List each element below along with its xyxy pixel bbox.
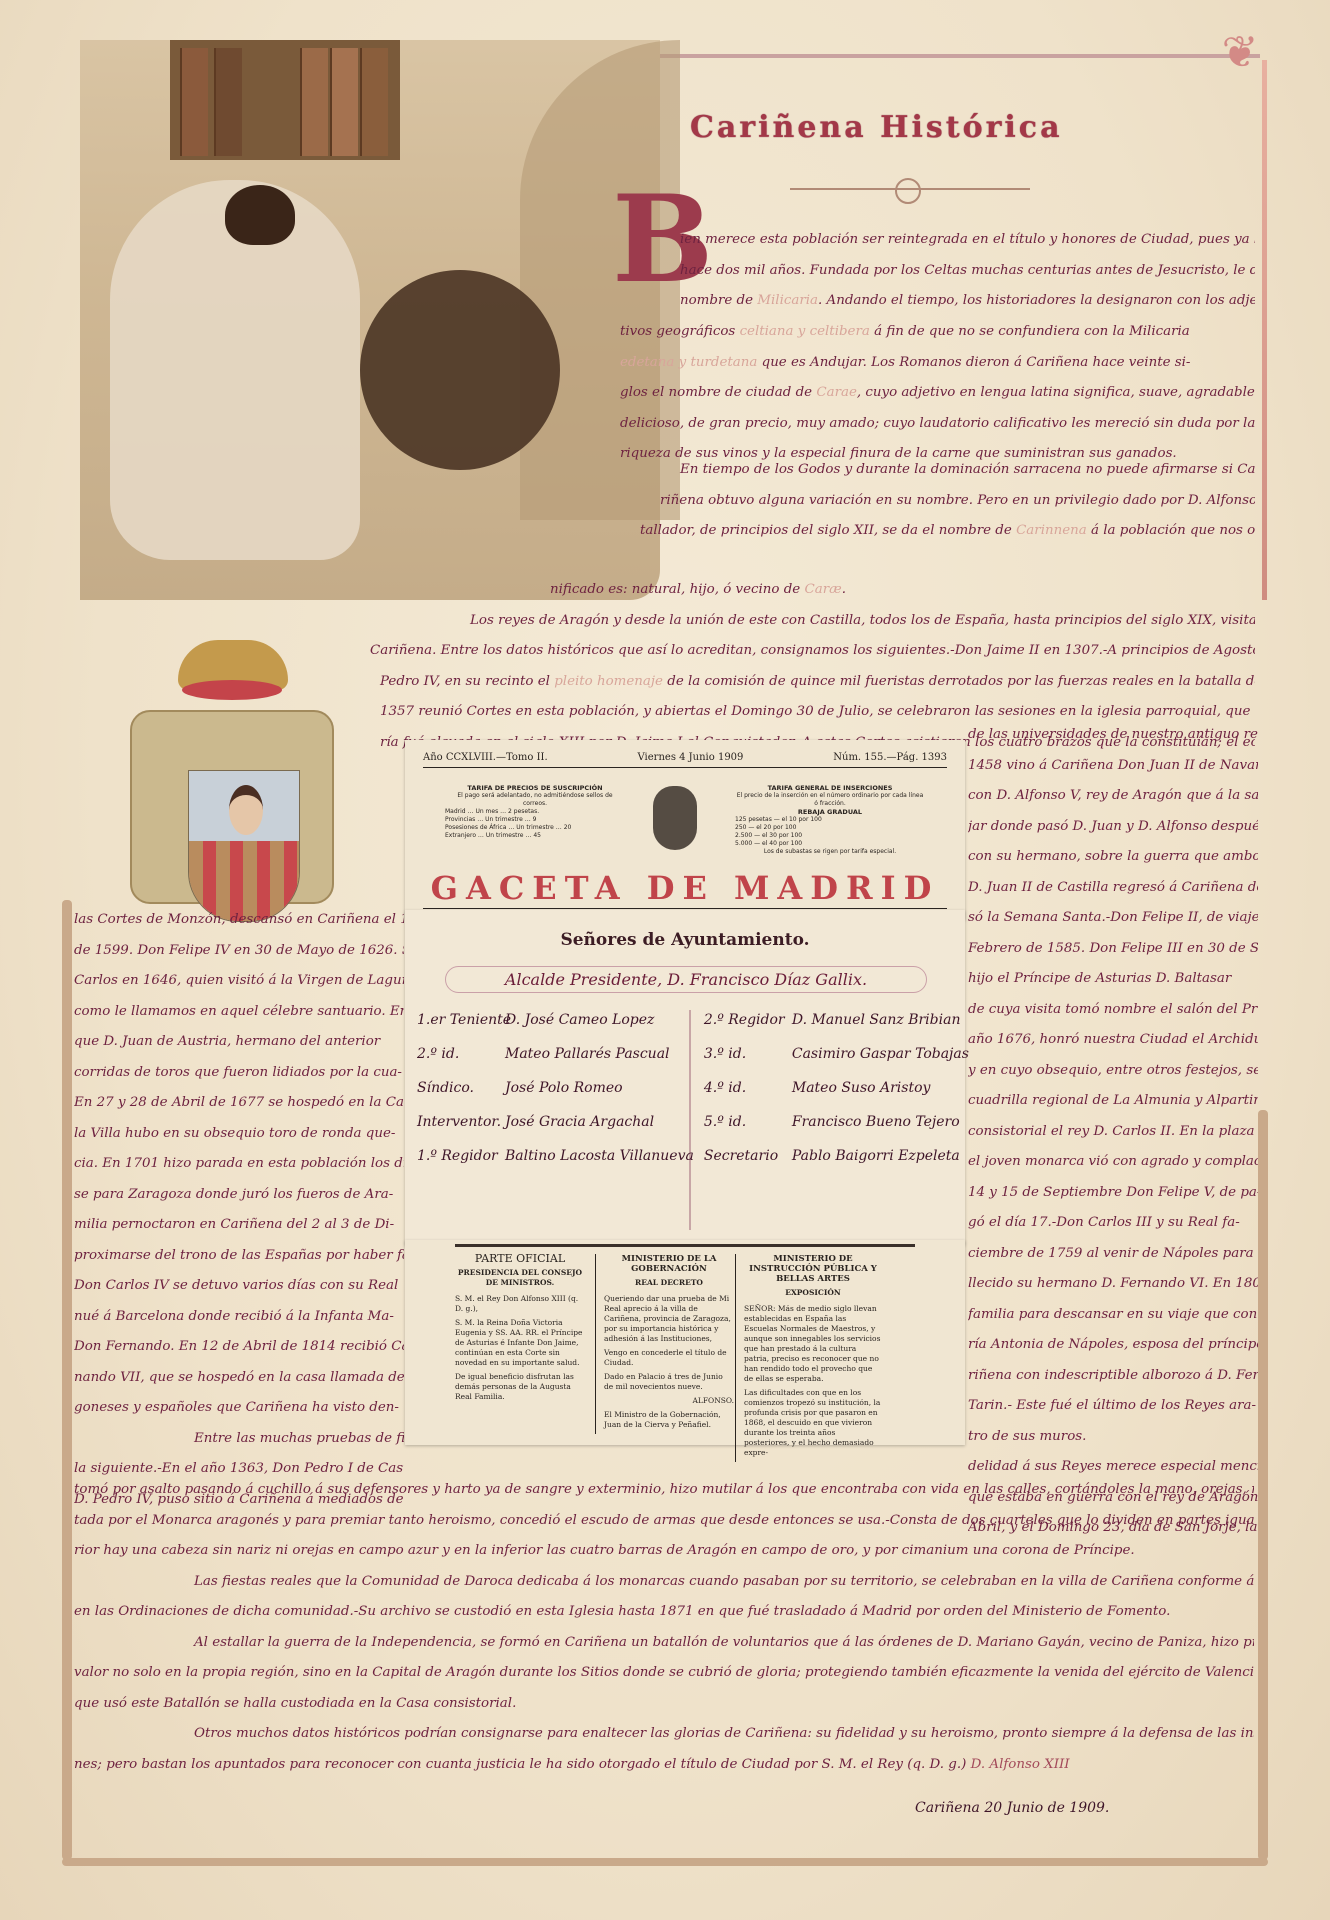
parte-oficial-clipping: PARTE OFICIAL PRESIDENCIA DEL CONSEJO DE… <box>405 1240 965 1445</box>
text-line: nombre de Milicaria. Andando el tiempo, … <box>680 286 1255 317</box>
date-line: Cariñena 20 Junio de 1909. <box>915 1800 1109 1816</box>
gaceta-year: Año CCXLVIII.—Tomo II. <box>423 752 548 763</box>
council-member: Interventor.José Gracia Argachal <box>417 1114 694 1130</box>
shield <box>188 770 300 922</box>
council-member: SecretarioPablo Baigorri Ezpeleta <box>704 1148 969 1164</box>
gaceta-masthead: GACETA DE MADRID <box>423 868 947 909</box>
document-title: Cariñena Histórica <box>690 110 1063 145</box>
text-line: edetana y turdetana que es Andujar. Los … <box>620 348 1255 379</box>
ribbon-bow-icon: ❦ <box>1210 28 1270 78</box>
flourish-ornament-icon <box>895 178 921 204</box>
text-line: Cariñena. Entre los datos históricos que… <box>370 636 1255 667</box>
council-member: 1.er TenienteD. José Cameo Lopez <box>417 1012 694 1028</box>
book-icon <box>214 48 242 156</box>
council-member: 5.º id.Francisco Bueno Tejero <box>704 1114 969 1130</box>
book-icon <box>360 48 388 156</box>
council-members: 1.er TenienteD. José Cameo Lopez 2.º Reg… <box>417 1012 957 1164</box>
book-icon <box>180 48 208 156</box>
text-line: riñena obtuvo alguna variación en su nom… <box>600 486 1255 517</box>
bottom-border <box>62 1858 1268 1866</box>
text-line: nes; pero bastan los apuntados para reco… <box>74 1750 1254 1781</box>
paragraph-1-cont: tivos geográficos celtiana y celtibera á… <box>620 317 1255 470</box>
ribbon-border <box>1262 60 1267 600</box>
royal-arms-icon <box>653 786 697 850</box>
text-line: glos el nombre de ciudad de Carae, cuyo … <box>620 378 1255 409</box>
ayuntamiento-heading: Señores de Ayuntamiento. <box>405 930 965 950</box>
book-icon <box>300 48 328 156</box>
right-border <box>1258 1110 1268 1860</box>
text-line: delicioso, de gran precio, muy amado; cu… <box>620 409 1255 440</box>
right-column-text: de las universidades de nuestro antiguo … <box>968 720 1258 1544</box>
text-line: Los reyes de Aragón y desde la unión de … <box>370 606 1255 637</box>
tarifa-suscripcion: TARIFA DE PRECIOS DE SUSCRIPCIÓN El pago… <box>445 784 625 840</box>
clipping-rule <box>455 1244 915 1247</box>
alcalde-line: Alcalde Presidente, D. Francisco Díaz Ga… <box>445 966 927 993</box>
council-member: 2.º RegidorD. Manuel Sanz Bribian <box>704 1012 969 1028</box>
head-icon <box>229 785 263 835</box>
book-icon <box>330 48 358 156</box>
shield-azure-field <box>189 771 299 841</box>
gaceta-header: Año CCXLVIII.—Tomo II. Viernes 4 Junio 1… <box>423 752 947 768</box>
gaceta-date: Viernes 4 Junio 1909 <box>638 752 744 763</box>
instruccion-column: MINISTERIO DE INSTRUCCIÓN PÚBLICA Y BELL… <box>735 1254 882 1462</box>
bottom-text-block: tomó por asalto pasando á cuchillo á sus… <box>74 1475 1254 1780</box>
presidencia-column: PARTE OFICIAL PRESIDENCIA DEL CONSEJO DE… <box>455 1254 585 1406</box>
text-line: nificado es: natural, hijo, ó vecino de … <box>370 575 1255 606</box>
text-line: En tiempo de los Godos y durante la domi… <box>600 455 1255 486</box>
text-line: tivos geográficos celtiana y celtibera á… <box>620 317 1255 348</box>
gaceta-number: Núm. 155.—Pág. 1393 <box>833 752 947 763</box>
ayuntamiento-card: Señores de Ayuntamiento. Alcalde Preside… <box>405 910 965 1245</box>
left-border <box>62 900 72 1860</box>
crown-band <box>182 680 282 700</box>
lion-figure <box>360 270 560 470</box>
drop-cap: B <box>612 175 672 305</box>
coat-of-arms <box>120 640 330 900</box>
royal-signature: D. Alfonso XIII <box>971 1757 1070 1772</box>
gobernacion-column: MINISTERIO DE LA GOBERNACIÓN REAL DECRET… <box>595 1254 734 1434</box>
text-line: tallador, de principios del siglo XII, s… <box>600 516 1255 547</box>
left-column-text: las Cortes de Monzón, descansó en Cariñe… <box>74 905 404 1515</box>
paragraph-1-intro: ien merece esta población ser reintegrad… <box>680 225 1255 317</box>
council-member: Síndico.José Polo Romeo <box>417 1080 694 1096</box>
council-member: 2.º id.Mateo Pallarés Pascual <box>417 1046 694 1062</box>
text-line: hace dos mil años. Fundada por los Celta… <box>680 256 1255 287</box>
tarifa-inserciones: TARIFA GENERAL DE INSERCIONES El precio … <box>735 784 925 856</box>
council-member: 1.º RegidorBaltino Lacosta Villanueva <box>417 1148 694 1164</box>
council-member: 3.º id.Casimiro Gaspar Tobajas <box>704 1046 969 1062</box>
paragraph-2: En tiempo de los Godos y durante la domi… <box>600 455 1255 547</box>
text-line: ien merece esta población ser reintegrad… <box>680 225 1255 256</box>
top-border-ornament <box>660 54 1260 58</box>
title-banner: Cariñena Histórica <box>690 110 1120 160</box>
text-line: Pedro IV, en su recinto el pleito homena… <box>370 667 1255 698</box>
woman-head <box>225 185 295 245</box>
gaceta-clipping: Año CCXLVIII.—Tomo II. Viernes 4 Junio 1… <box>405 740 965 920</box>
council-member: 4.º id.Mateo Suso Aristoy <box>704 1080 969 1096</box>
